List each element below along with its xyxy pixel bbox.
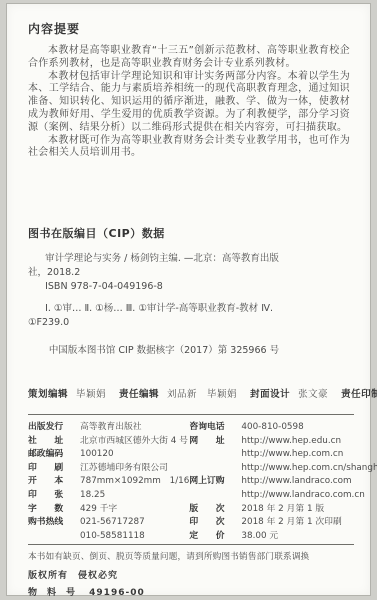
pub-value: 100120 (80, 448, 114, 462)
pub-value: http://www.landraco.com.cn (241, 489, 364, 503)
material-number-line: 物 料 号 49196-00 (28, 585, 354, 598)
pub-label: 邮政编码 (28, 448, 72, 462)
cip-classification: Ⅰ. ①审… Ⅱ. ①杨… Ⅲ. ①审计学-高等职业教育-教材 Ⅳ. ①F239… (28, 302, 296, 330)
pub-row-printer: 印 刷 江苏德埔印务有限公司 (28, 462, 189, 476)
pub-label: 网上订购 (189, 475, 233, 502)
material-number-label: 物 料 号 (28, 588, 76, 598)
pub-row-address: 社 址 北京市西城区德外大街 4 号 (28, 435, 189, 449)
credit-cover-design: 封面设计 张文豪 (250, 386, 328, 400)
publication-info-table: 出版发行 高等教育出版社 社 址 北京市西城区德外大街 4 号 邮政编码 100… (28, 421, 360, 543)
divider-bottom (28, 544, 354, 545)
quality-notice: 本书如有缺页、倒页、脱页等质量问题，请到所购图书销售部门联系调换 (28, 551, 354, 564)
pub-label: 版 次 (189, 503, 233, 517)
credits-row: 策划编辑 毕颖娟 责任编辑 刘品新 毕颖娟 封面设计 张文豪 责任印制 高忠富 (28, 386, 356, 400)
pub-value: 2018 年 2 月第 1 版 (241, 503, 324, 517)
pub-value: 400-810-0598 (241, 421, 303, 435)
pub-row-hotline: 购书热线 021-56717287 010-58581118 (28, 516, 189, 543)
pub-value: 2018 年 2 月第 1 次印刷 (241, 516, 341, 530)
pub-value: 787mm×1092mm 1/16 (80, 475, 189, 489)
publication-info-right-column: 咨询电话 400-810-0598 网 址 http://www.hep.edu… (189, 421, 377, 543)
material-number-value: 49196-00 (89, 588, 145, 598)
pub-value: http://www.landraco.com (241, 475, 364, 489)
pub-label: 社 址 (28, 435, 72, 449)
pub-row-inquiry-phone: 咨询电话 400-810-0598 (189, 421, 377, 435)
credit-label: 策划编辑 (28, 386, 68, 400)
pub-value: 江苏德埔印务有限公司 (80, 462, 168, 476)
credit-planning-editor: 策划编辑 毕颖娟 (28, 386, 106, 400)
pub-label: 印 张 (28, 489, 72, 503)
pub-row-online-order: 网上订购 http://www.landraco.com http://www.… (189, 475, 377, 502)
content-summary-heading: 内容提要 (28, 20, 350, 37)
credit-label: 封面设计 (250, 386, 290, 400)
book-copyright-page: { "summary": { "heading": "内容提要", "parag… (0, 0, 377, 600)
pub-row-wordcount: 字 数 429 千字 (28, 503, 189, 517)
pub-value: 18.25 (80, 489, 105, 503)
summary-paragraph-2: 本教材包括审计学理论知识和审计实务两部分内容。本着以学生为本、工学结合、能力与素… (28, 71, 350, 135)
pub-value: http://www.hep.com.cn (241, 448, 377, 462)
pub-row-price: 定 价 38.00 元 (189, 530, 377, 544)
pub-label: 开 本 (28, 475, 72, 489)
cip-record-number: 中国版本图书馆 CIP 数据核字（2017）第 325966 号 (28, 342, 290, 356)
pub-label: 印 刷 (28, 462, 72, 476)
pub-row-postcode: 邮政编码 100120 (28, 448, 189, 462)
credit-value: 毕颖娟 (76, 386, 106, 400)
publication-info-left-column: 出版发行 高等教育出版社 社 址 北京市西城区德外大街 4 号 邮政编码 100… (28, 421, 189, 543)
pub-value: 38.00 元 (241, 530, 278, 544)
pub-value: 北京市西城区德外大街 4 号 (80, 435, 188, 449)
content-summary-section: 内容提要 本教材是高等职业教育“十三五”创新示范教材、高等职业教育校企合作系列教… (28, 20, 350, 160)
pub-value: 021-56717287 (80, 516, 145, 530)
summary-paragraph-1: 本教材是高等职业教育“十三五”创新示范教材、高等职业教育校企合作系列教材，也是高… (28, 45, 350, 71)
pub-value: http://www.hep.com.cn/shanghai (241, 462, 377, 476)
pub-row-website: 网 址 http://www.hep.edu.cn http://www.hep… (189, 435, 377, 476)
pub-value: 429 千字 (80, 503, 117, 517)
isbn-line: ISBN 978-7-04-049196-8 (28, 280, 290, 294)
pub-label: 网 址 (189, 435, 233, 476)
cip-heading: 图书在版编目（CIP）数据 (28, 225, 350, 241)
cip-body: 审计学理论与实务 / 杨剑钧主编. —北京：高等教育出版社，2018.2 ISB… (28, 252, 290, 356)
pub-label: 印 次 (189, 516, 233, 530)
pub-label: 出版发行 (28, 421, 72, 435)
pub-label: 字 数 (28, 503, 72, 517)
pub-label: 定 价 (189, 530, 233, 544)
summary-paragraph-3: 本教材既可作为高等职业教育财务会计类专业教学用书，也可作为社会相关人员培训用书。 (28, 135, 350, 161)
cip-title-line: 审计学理论与实务 / 杨剑钧主编. —北京：高等教育出版社，2018.2 (28, 252, 290, 280)
credit-responsible-editor: 责任编辑 刘品新 毕颖娟 (119, 386, 237, 400)
pub-row-format: 开 本 787mm×1092mm 1/16 (28, 475, 189, 489)
credit-label: 责任编辑 (119, 386, 159, 400)
credit-label: 责任印制 (341, 386, 377, 400)
page-frame: 内容提要 本教材是高等职业教育“十三五”创新示范教材、高等职业教育校企合作系列教… (6, 3, 371, 596)
credit-value: 张文豪 (298, 386, 328, 400)
pub-label: 咨询电话 (189, 421, 233, 435)
pub-row-printing: 印 次 2018 年 2 月第 1 次印刷 (189, 516, 377, 530)
pub-row-sheets: 印 张 18.25 (28, 489, 189, 503)
cip-section: 图书在版编目（CIP）数据 审计学理论与实务 / 杨剑钧主编. —北京：高等教育… (28, 225, 350, 356)
pub-value: 高等教育出版社 (80, 421, 142, 435)
pub-row-edition: 版 次 2018 年 2 月第 1 版 (189, 503, 377, 517)
pub-row-publisher: 出版发行 高等教育出版社 (28, 421, 189, 435)
pub-label: 购书热线 (28, 516, 72, 543)
pub-value: http://www.hep.edu.cn (241, 435, 377, 449)
pub-value: 010-58581118 (80, 530, 145, 544)
credit-value: 刘品新 毕颖娟 (167, 386, 237, 400)
copyright-notice: 版权所有 侵权必究 (28, 568, 354, 581)
footer-section: 本书如有缺页、倒页、脱页等质量问题，请到所购图书销售部门联系调换 版权所有 侵权… (28, 551, 354, 598)
credit-print-supervisor: 责任印制 高忠富 (341, 386, 377, 400)
divider-top (28, 414, 354, 415)
